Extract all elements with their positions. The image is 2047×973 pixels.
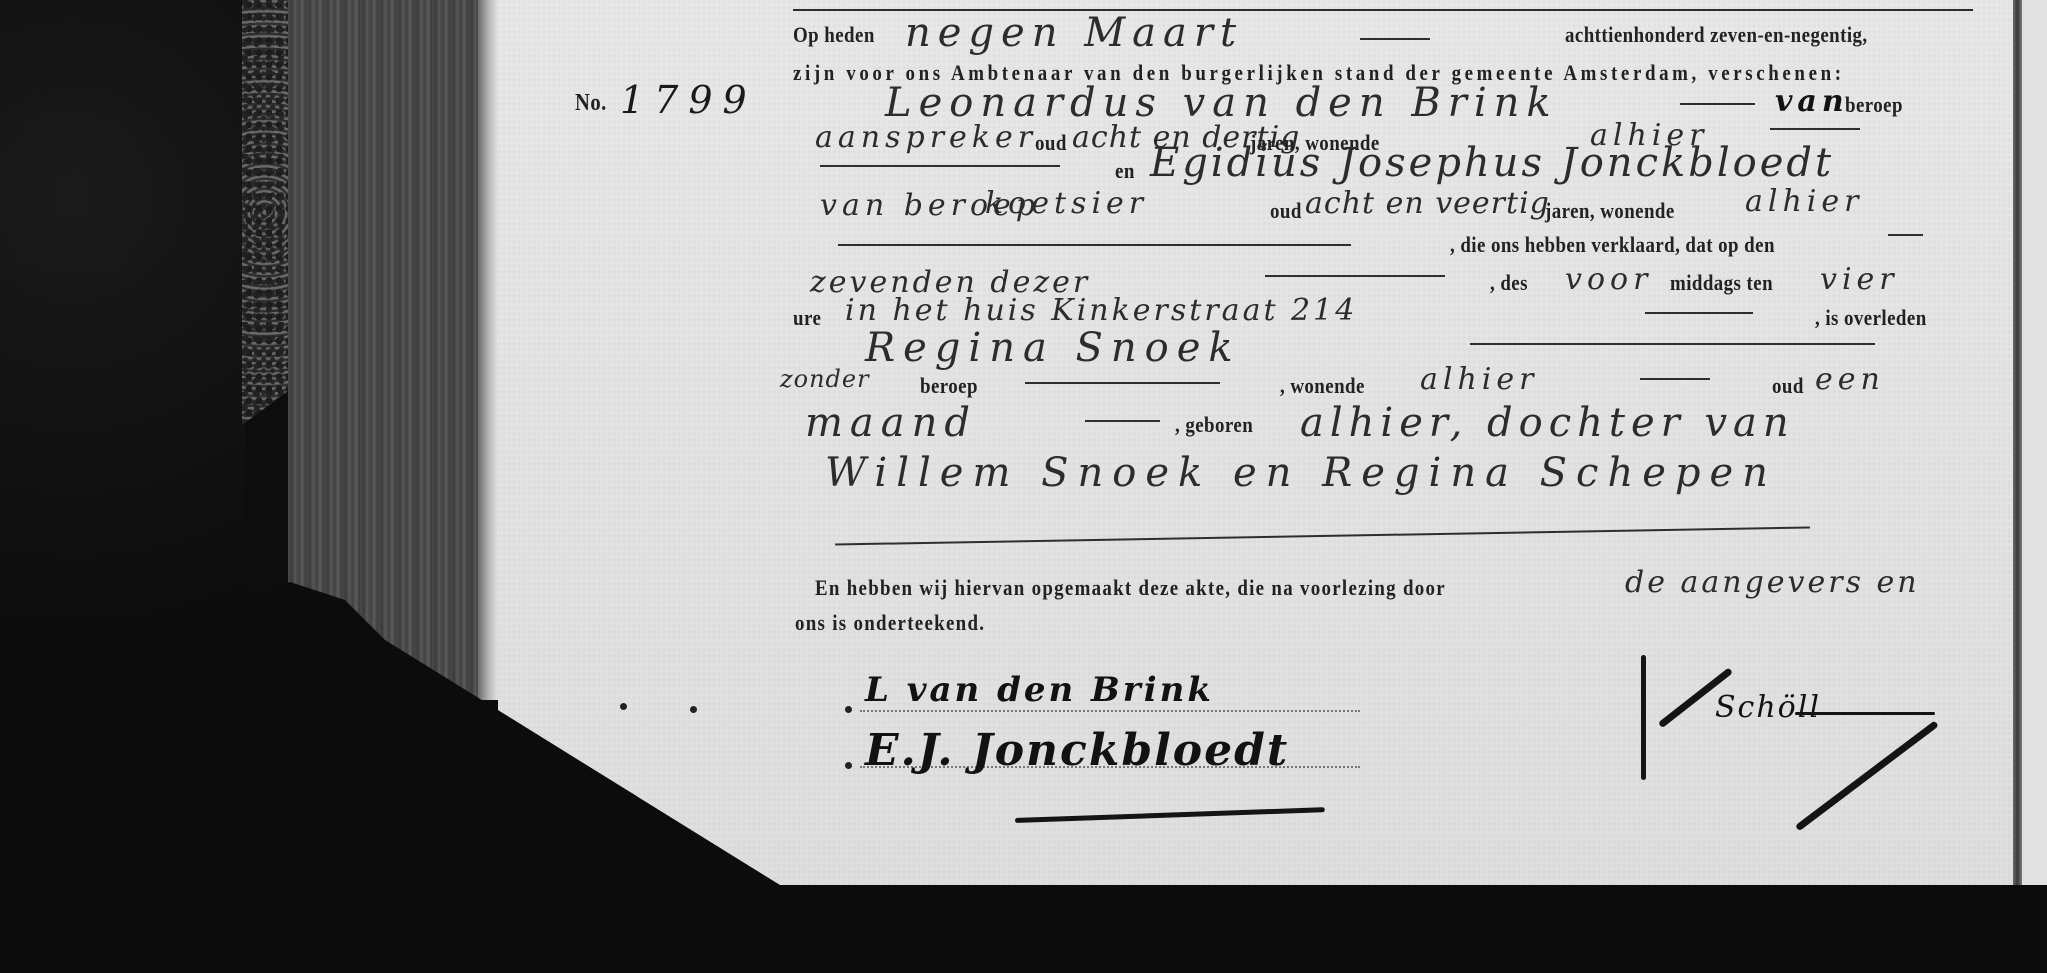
printed-oud-2: oud bbox=[1270, 198, 1302, 224]
handwritten-deceased-name: Regina Snoek bbox=[865, 325, 1241, 371]
fill-rule bbox=[838, 244, 1351, 246]
handwritten-place: in het huis Kinkerstraat 214 bbox=[845, 293, 1357, 328]
fill-rule bbox=[1265, 275, 1445, 277]
bottom-dark-band bbox=[0, 885, 2047, 973]
printed-op-heden: Op heden bbox=[793, 22, 875, 48]
signature-dot bbox=[845, 706, 852, 713]
handwritten-date: negen Maart bbox=[905, 10, 1243, 56]
handwritten-zonder: zonder bbox=[780, 365, 870, 393]
handwritten-declarant-2-name: Egidius Josephus Jonckbloedt bbox=[1150, 140, 1834, 186]
marbled-binding-strip bbox=[242, 0, 288, 425]
handwritten-voor: voor bbox=[1565, 262, 1652, 297]
right-margin-rule bbox=[2013, 0, 2022, 885]
printed-wonende-3: , wonende bbox=[1280, 373, 1365, 399]
registrar-tail-stroke bbox=[1795, 712, 1935, 715]
registrar-bracket-stroke bbox=[1641, 655, 1646, 780]
fill-rule bbox=[1680, 103, 1755, 105]
signature-declarant-1: L van den Brink bbox=[865, 670, 1214, 710]
signature-dot bbox=[845, 762, 852, 769]
handwritten-van: van bbox=[1775, 84, 1849, 119]
printed-declared: , die ons hebben verklaard, dat op den bbox=[1450, 232, 1775, 258]
handwritten-residence-2: alhier bbox=[1745, 184, 1864, 219]
adjacent-page-strip bbox=[2022, 0, 2047, 885]
printed-oud-3: oud bbox=[1772, 373, 1804, 399]
book-page-edges bbox=[288, 0, 498, 700]
fill-rule bbox=[1888, 234, 1923, 236]
handwritten-occupation-1: aanspreker bbox=[815, 120, 1037, 155]
fill-rule bbox=[1085, 420, 1160, 422]
fill-rule bbox=[1770, 128, 1860, 130]
register-number-label: No. bbox=[575, 90, 607, 117]
handwritten-maand: maand bbox=[805, 400, 977, 446]
handwritten-occupation-2: koetsier bbox=[985, 186, 1148, 221]
handwritten-residence-3: alhier bbox=[1420, 362, 1539, 397]
printed-oud: oud bbox=[1035, 130, 1067, 156]
fill-rule bbox=[820, 165, 1060, 167]
printed-beroep-2: beroep bbox=[920, 373, 978, 399]
fill-rule bbox=[1640, 378, 1710, 380]
dark-background bbox=[0, 0, 245, 973]
handwritten-birthplace-daughter-of: alhier, dochter van bbox=[1300, 400, 1795, 446]
printed-jaren-wonende-2: jaren, wonende bbox=[1545, 198, 1675, 224]
printed-overleden: , is overleden bbox=[1815, 305, 1927, 331]
printed-closing-1: En hebben wij hiervan opgemaakt deze akt… bbox=[815, 575, 1446, 601]
signature-declarant-2: E.J. Jonckbloedt bbox=[865, 725, 1289, 776]
printed-year: achttienhonderd zeven-en-negentig, bbox=[1565, 22, 1868, 48]
handwritten-aangevers: de aangevers en bbox=[1625, 565, 1920, 600]
printed-beroep: beroep bbox=[1845, 92, 1903, 118]
handwritten-hour: vier bbox=[1820, 262, 1899, 297]
signature-dot bbox=[690, 706, 697, 713]
printed-ure: ure bbox=[793, 305, 821, 331]
fill-rule bbox=[1360, 38, 1430, 40]
printed-middags-ten: middags ten bbox=[1670, 270, 1773, 296]
handwritten-een: een bbox=[1815, 362, 1885, 397]
signature-registrar: Schöll bbox=[1715, 690, 1821, 725]
printed-des: , des bbox=[1490, 270, 1528, 296]
signature-dot bbox=[620, 703, 627, 710]
fill-rule bbox=[1645, 312, 1753, 314]
handwritten-age-2: acht en veertig bbox=[1305, 186, 1550, 221]
printed-geboren: , geboren bbox=[1175, 412, 1253, 438]
fill-rule bbox=[1025, 382, 1220, 384]
register-number: 1799 bbox=[620, 78, 757, 122]
handwritten-parents: Willem Snoek en Regina Schepen bbox=[825, 450, 1777, 496]
printed-en: en bbox=[1115, 158, 1135, 184]
fill-rule bbox=[1470, 343, 1875, 345]
signature-line-1 bbox=[860, 710, 1360, 712]
printed-closing-2: ons is onderteekend. bbox=[795, 610, 985, 636]
